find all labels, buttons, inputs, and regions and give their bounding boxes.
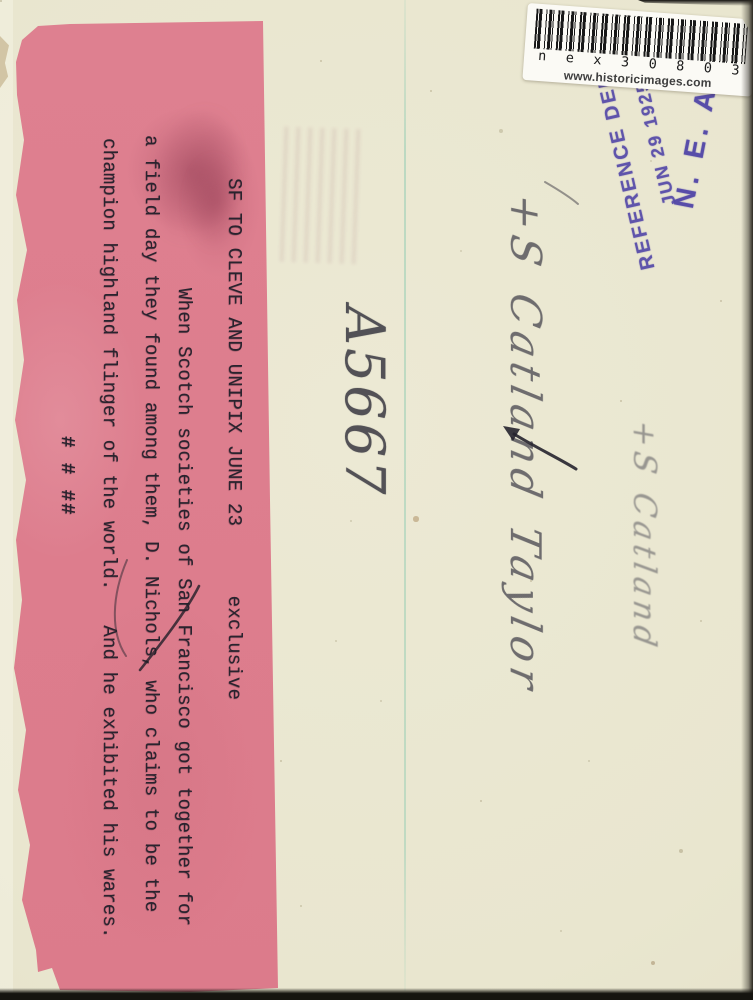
barcode-char: n (538, 49, 547, 64)
photo-back-scan: SF TO CLEVE AND UNIPIX JUNE 23 exclusive… (0, 0, 753, 1000)
scan-edge-bottom (0, 988, 753, 1000)
paper-speckles (0, 0, 2, 2)
barcode-char: 8 (676, 59, 685, 74)
barcode-char: 3 (620, 55, 629, 70)
paper-margin (0, 0, 13, 1000)
handwritten-catalog-number: A5667 (333, 306, 396, 497)
caption-slugline: SF TO CLEVE AND UNIPIX JUNE 23 exclusive (222, 178, 245, 700)
handwritten-note-right: +S Catland (626, 418, 662, 654)
barcode-char: 0 (703, 61, 712, 76)
caption-line: a field day they found among them, D. Ni… (139, 135, 162, 912)
handwritten-note-center: +S Catland Taylor (501, 190, 550, 700)
scan-edge-right (741, 0, 753, 1000)
vertical-crease-line (404, 0, 406, 991)
scan-edge-top (638, 0, 753, 6)
caption-line: When Scotch societies of San Francisco g… (172, 288, 195, 926)
caption-end-marks: # # ## (55, 436, 78, 516)
barcode-char: x (593, 53, 602, 68)
barcode-sticker: n e x 3 0 8 0 3 www.historicimages.com (522, 3, 753, 97)
typed-caption-block: SF TO CLEVE AND UNIPIX JUNE 23 exclusive… (31, 18, 259, 976)
ghost-ink-offset (280, 127, 363, 265)
barcode-char: e (565, 51, 574, 66)
caption-line: champion highland flinger of the world. … (97, 138, 120, 939)
barcode-char: 0 (648, 57, 657, 72)
